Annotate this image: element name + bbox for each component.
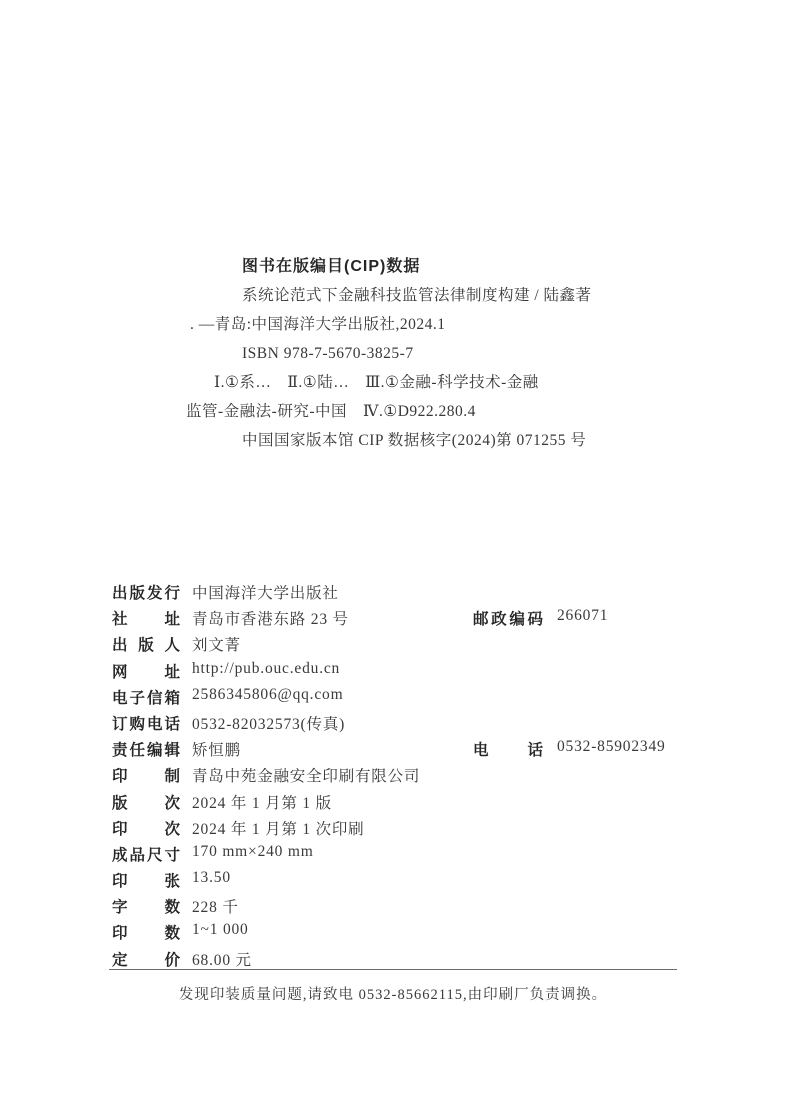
order-phone-label: 订购电话 — [112, 712, 180, 734]
cip-block: 图书在版编目(CIP)数据 系统论范式下金融科技监管法律制度构建 / 陆鑫著 .… — [186, 252, 686, 455]
website-label: 网址 — [112, 660, 180, 682]
quality-note: 发现印装质量问题,请致电 0532-85662115,由印刷厂负责调换。 — [109, 983, 677, 1004]
cip-classification-line-2: 监管-金融法-研究-中国 Ⅳ.①D922.280.4 — [186, 397, 686, 426]
word-count-label: 字数 — [112, 895, 180, 917]
trim-size-label: 成品尺寸 — [112, 843, 180, 865]
colophon-row-edition: 版次 2024 年 1 月第 1 版 — [112, 791, 712, 817]
publisher-person-value: 刘文菁 — [192, 633, 241, 655]
colophon-row-impression: 印次 2024 年 1 月第 1 次印刷 — [112, 817, 712, 843]
impression-value: 2024 年 1 月第 1 次印刷 — [192, 817, 364, 839]
sheets-label: 印张 — [112, 869, 180, 891]
printer-value: 青岛中苑金融安全印刷有限公司 — [192, 764, 420, 786]
word-count-value: 228 千 — [192, 895, 239, 917]
order-phone-value: 0532-82032573(传真) — [192, 712, 345, 734]
edition-value: 2024 年 1 月第 1 版 — [192, 791, 332, 813]
impression-label: 印次 — [112, 817, 180, 839]
colophon-row-order-phone: 订购电话 0532-82032573(传真) — [112, 712, 712, 738]
cip-heading: 图书在版编目(CIP)数据 — [186, 252, 686, 281]
cip-classification-line-1: Ⅰ.①系… Ⅱ.①陆… Ⅲ.①金融-科学技术-金融 — [186, 368, 686, 397]
colophon-row-email: 电子信箱 2586345806@qq.com — [112, 686, 712, 712]
postcode-value: 266071 — [557, 607, 608, 629]
postcode-pair: 邮政编码 266071 — [473, 607, 608, 629]
colophon-row-print-run: 印数 1~1 000 — [112, 921, 712, 947]
colophon-row-publisher: 出版发行 中国海洋大学出版社 — [112, 581, 712, 607]
price-label: 定价 — [112, 948, 180, 970]
phone-label: 电话 — [473, 738, 543, 760]
editor-label: 责任编辑 — [112, 738, 180, 760]
postcode-label: 邮政编码 — [473, 607, 543, 629]
sheets-value: 13.50 — [192, 869, 231, 887]
publisher-person-label: 出版人 — [112, 633, 180, 655]
address-label: 社址 — [112, 607, 180, 629]
colophon-row-word-count: 字数 228 千 — [112, 895, 712, 921]
phone-value: 0532-85902349 — [557, 738, 666, 760]
cip-isbn: ISBN 978-7-5670-3825-7 — [186, 339, 686, 368]
colophon-row-printer: 印制 青岛中苑金融安全印刷有限公司 — [112, 764, 712, 790]
editor-value: 矫恒鹏 — [192, 738, 241, 760]
footer-divider — [109, 969, 677, 970]
print-run-label: 印数 — [112, 921, 180, 943]
trim-size-value: 170 mm×240 mm — [192, 843, 314, 861]
colophon: 出版发行 中国海洋大学出版社 社址 青岛市香港东路 23 号 邮政编码 2660… — [112, 581, 712, 974]
footer: 发现印装质量问题,请致电 0532-85662115,由印刷厂负责调换。 — [109, 969, 677, 1004]
colophon-row-address: 社址 青岛市香港东路 23 号 邮政编码 266071 — [112, 607, 712, 633]
edition-label: 版次 — [112, 791, 180, 813]
colophon-row-trim-size: 成品尺寸 170 mm×240 mm — [112, 843, 712, 869]
website-value: http://pub.ouc.edu.cn — [192, 660, 340, 678]
print-run-value: 1~1 000 — [192, 921, 249, 939]
cip-title-statement: 系统论范式下金融科技监管法律制度构建 / 陆鑫著 — [186, 281, 686, 310]
colophon-row-publisher-person: 出版人 刘文菁 — [112, 633, 712, 659]
price-value: 68.00 元 — [192, 948, 252, 970]
colophon-row-sheets: 印张 13.50 — [112, 869, 712, 895]
publisher-value: 中国海洋大学出版社 — [192, 581, 339, 603]
address-value: 青岛市香港东路 23 号 — [192, 607, 349, 629]
cip-record-number: 中国国家版本馆 CIP 数据核字(2024)第 071255 号 — [186, 426, 686, 455]
copyright-page: 图书在版编目(CIP)数据 系统论范式下金融科技监管法律制度构建 / 陆鑫著 .… — [0, 0, 799, 1118]
printer-label: 印制 — [112, 764, 180, 786]
publisher-label: 出版发行 — [112, 581, 180, 603]
cip-imprint: . —青岛:中国海洋大学出版社,2024.1 — [186, 310, 686, 339]
colophon-row-website: 网址 http://pub.ouc.edu.cn — [112, 660, 712, 686]
colophon-row-editor: 责任编辑 矫恒鹏 电话 0532-85902349 — [112, 738, 712, 764]
email-label: 电子信箱 — [112, 686, 180, 708]
email-value: 2586345806@qq.com — [192, 686, 343, 704]
phone-pair: 电话 0532-85902349 — [473, 738, 666, 760]
